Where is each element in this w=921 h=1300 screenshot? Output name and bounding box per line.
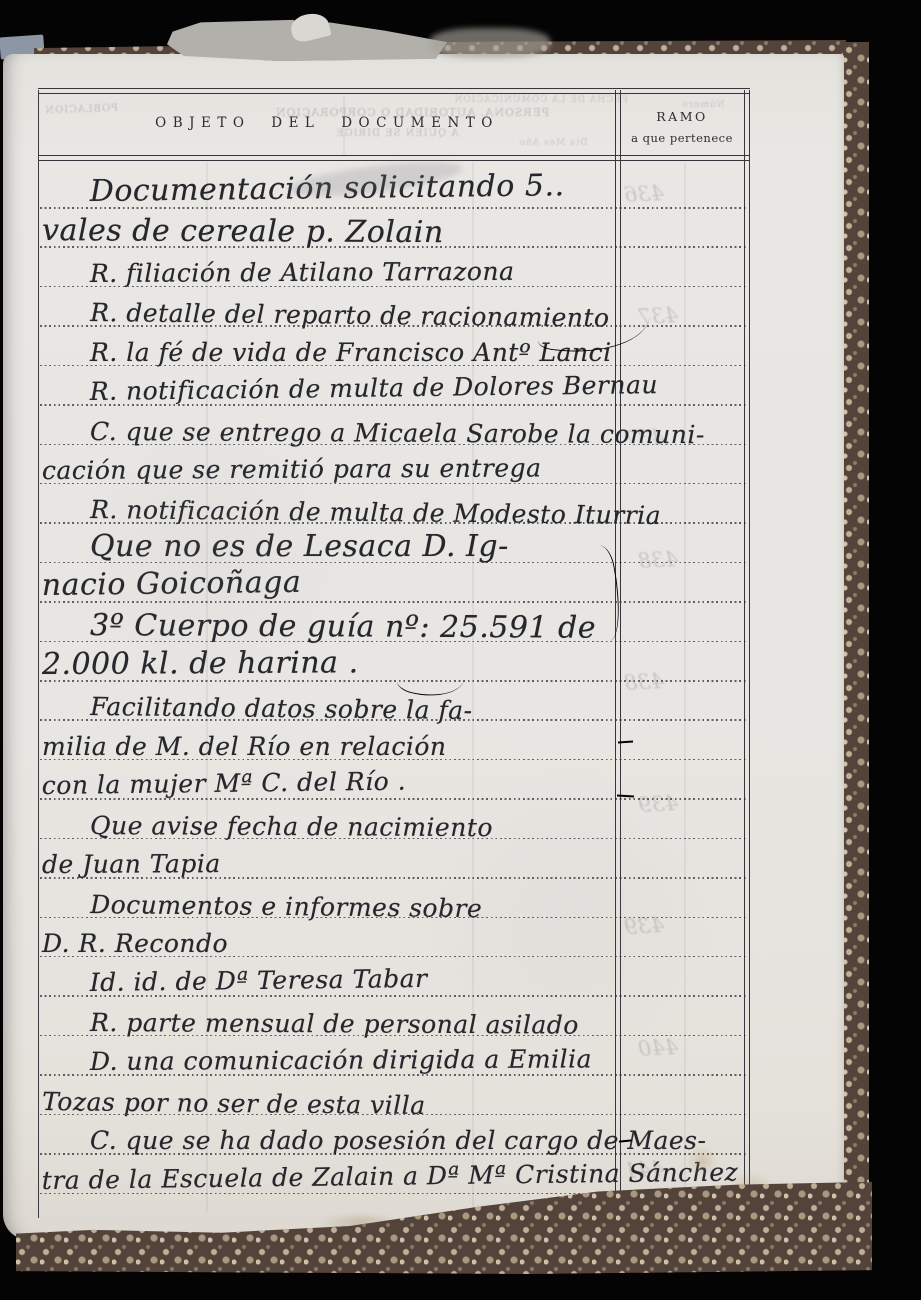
handwritten-line: milia de M. del Río en relación: [42, 723, 446, 762]
scanned-ledger-photo: POBLACION PERSONA, AUTORIDAD O CORPORACI…: [0, 0, 921, 1300]
table-top-border: [38, 88, 750, 94]
handwritten-line: con la mujer Mª C. del Río .: [42, 758, 407, 801]
dust-smear: [430, 28, 550, 58]
handwritten-line: R. notificación de multa de Dolores Bern…: [90, 361, 659, 407]
table-right-border: [744, 90, 750, 1207]
handwritten-line: R. detalle del reparto de racionamiento: [90, 289, 610, 333]
column-header-ramo-sub: a que pertenece: [616, 131, 748, 145]
handwritten-line: Que avise fecha de nacimiento: [90, 802, 493, 843]
header-separator: [38, 155, 750, 161]
handwritten-line: D. una comunicación dirigida a Emilia: [90, 1036, 592, 1078]
handwritten-line: tra de la Escuela de Zalain a Dª Mª Cris…: [42, 1148, 739, 1196]
bleed-number: 438: [637, 547, 678, 573]
handwritten-line: C. que se entrego a Micaela Sarobe la co…: [90, 408, 705, 450]
handwritten-line: R. filiación de Atilano Tarrazona: [90, 248, 515, 289]
handwritten-line: de Juan Tapia: [42, 840, 221, 880]
handwritten-line: Tozas por no ser de esta villa: [42, 1078, 426, 1121]
handwritten-line: Documentos e informes sobre: [90, 881, 483, 924]
column-header-objeto: OBJETO DEL DOCUMENTO: [38, 115, 616, 131]
handwritten-line: vales de cereale p. Zolain: [42, 206, 444, 251]
bleed-number: 439: [637, 791, 678, 817]
book-cover-right-edge: [843, 42, 869, 1270]
bleed-dia-mes-ano: Dia Mes Año: [498, 138, 608, 148]
handwritten-line: 2.000 kl. de harina .: [42, 638, 359, 683]
table-left-border: [38, 90, 39, 1218]
handwritten-line: R. parte mensual de personal asilado: [90, 999, 579, 1041]
bleed-number: 440: [637, 1035, 678, 1061]
ramo-column-left-border: [615, 90, 621, 1213]
handwritten-line: Documentación solicitando 5..: [89, 161, 564, 210]
handwritten-line: nacio Goicoñaga: [41, 558, 301, 604]
bleed-number: 438: [623, 669, 664, 695]
handwritten-line: cación que se remitió para su entrega: [42, 444, 542, 486]
column-header-ramo: RAMO: [616, 109, 748, 124]
bleed-fecha: FECHA DE LA COMUNICACION: [478, 95, 628, 105]
bleed-number: 436: [623, 181, 664, 207]
handwritten-line: D. R. Recondo: [42, 920, 228, 959]
bleed-column-line: [684, 162, 686, 1207]
handwritten-line: Id. id. de Dª Teresa Tabar: [90, 955, 428, 998]
